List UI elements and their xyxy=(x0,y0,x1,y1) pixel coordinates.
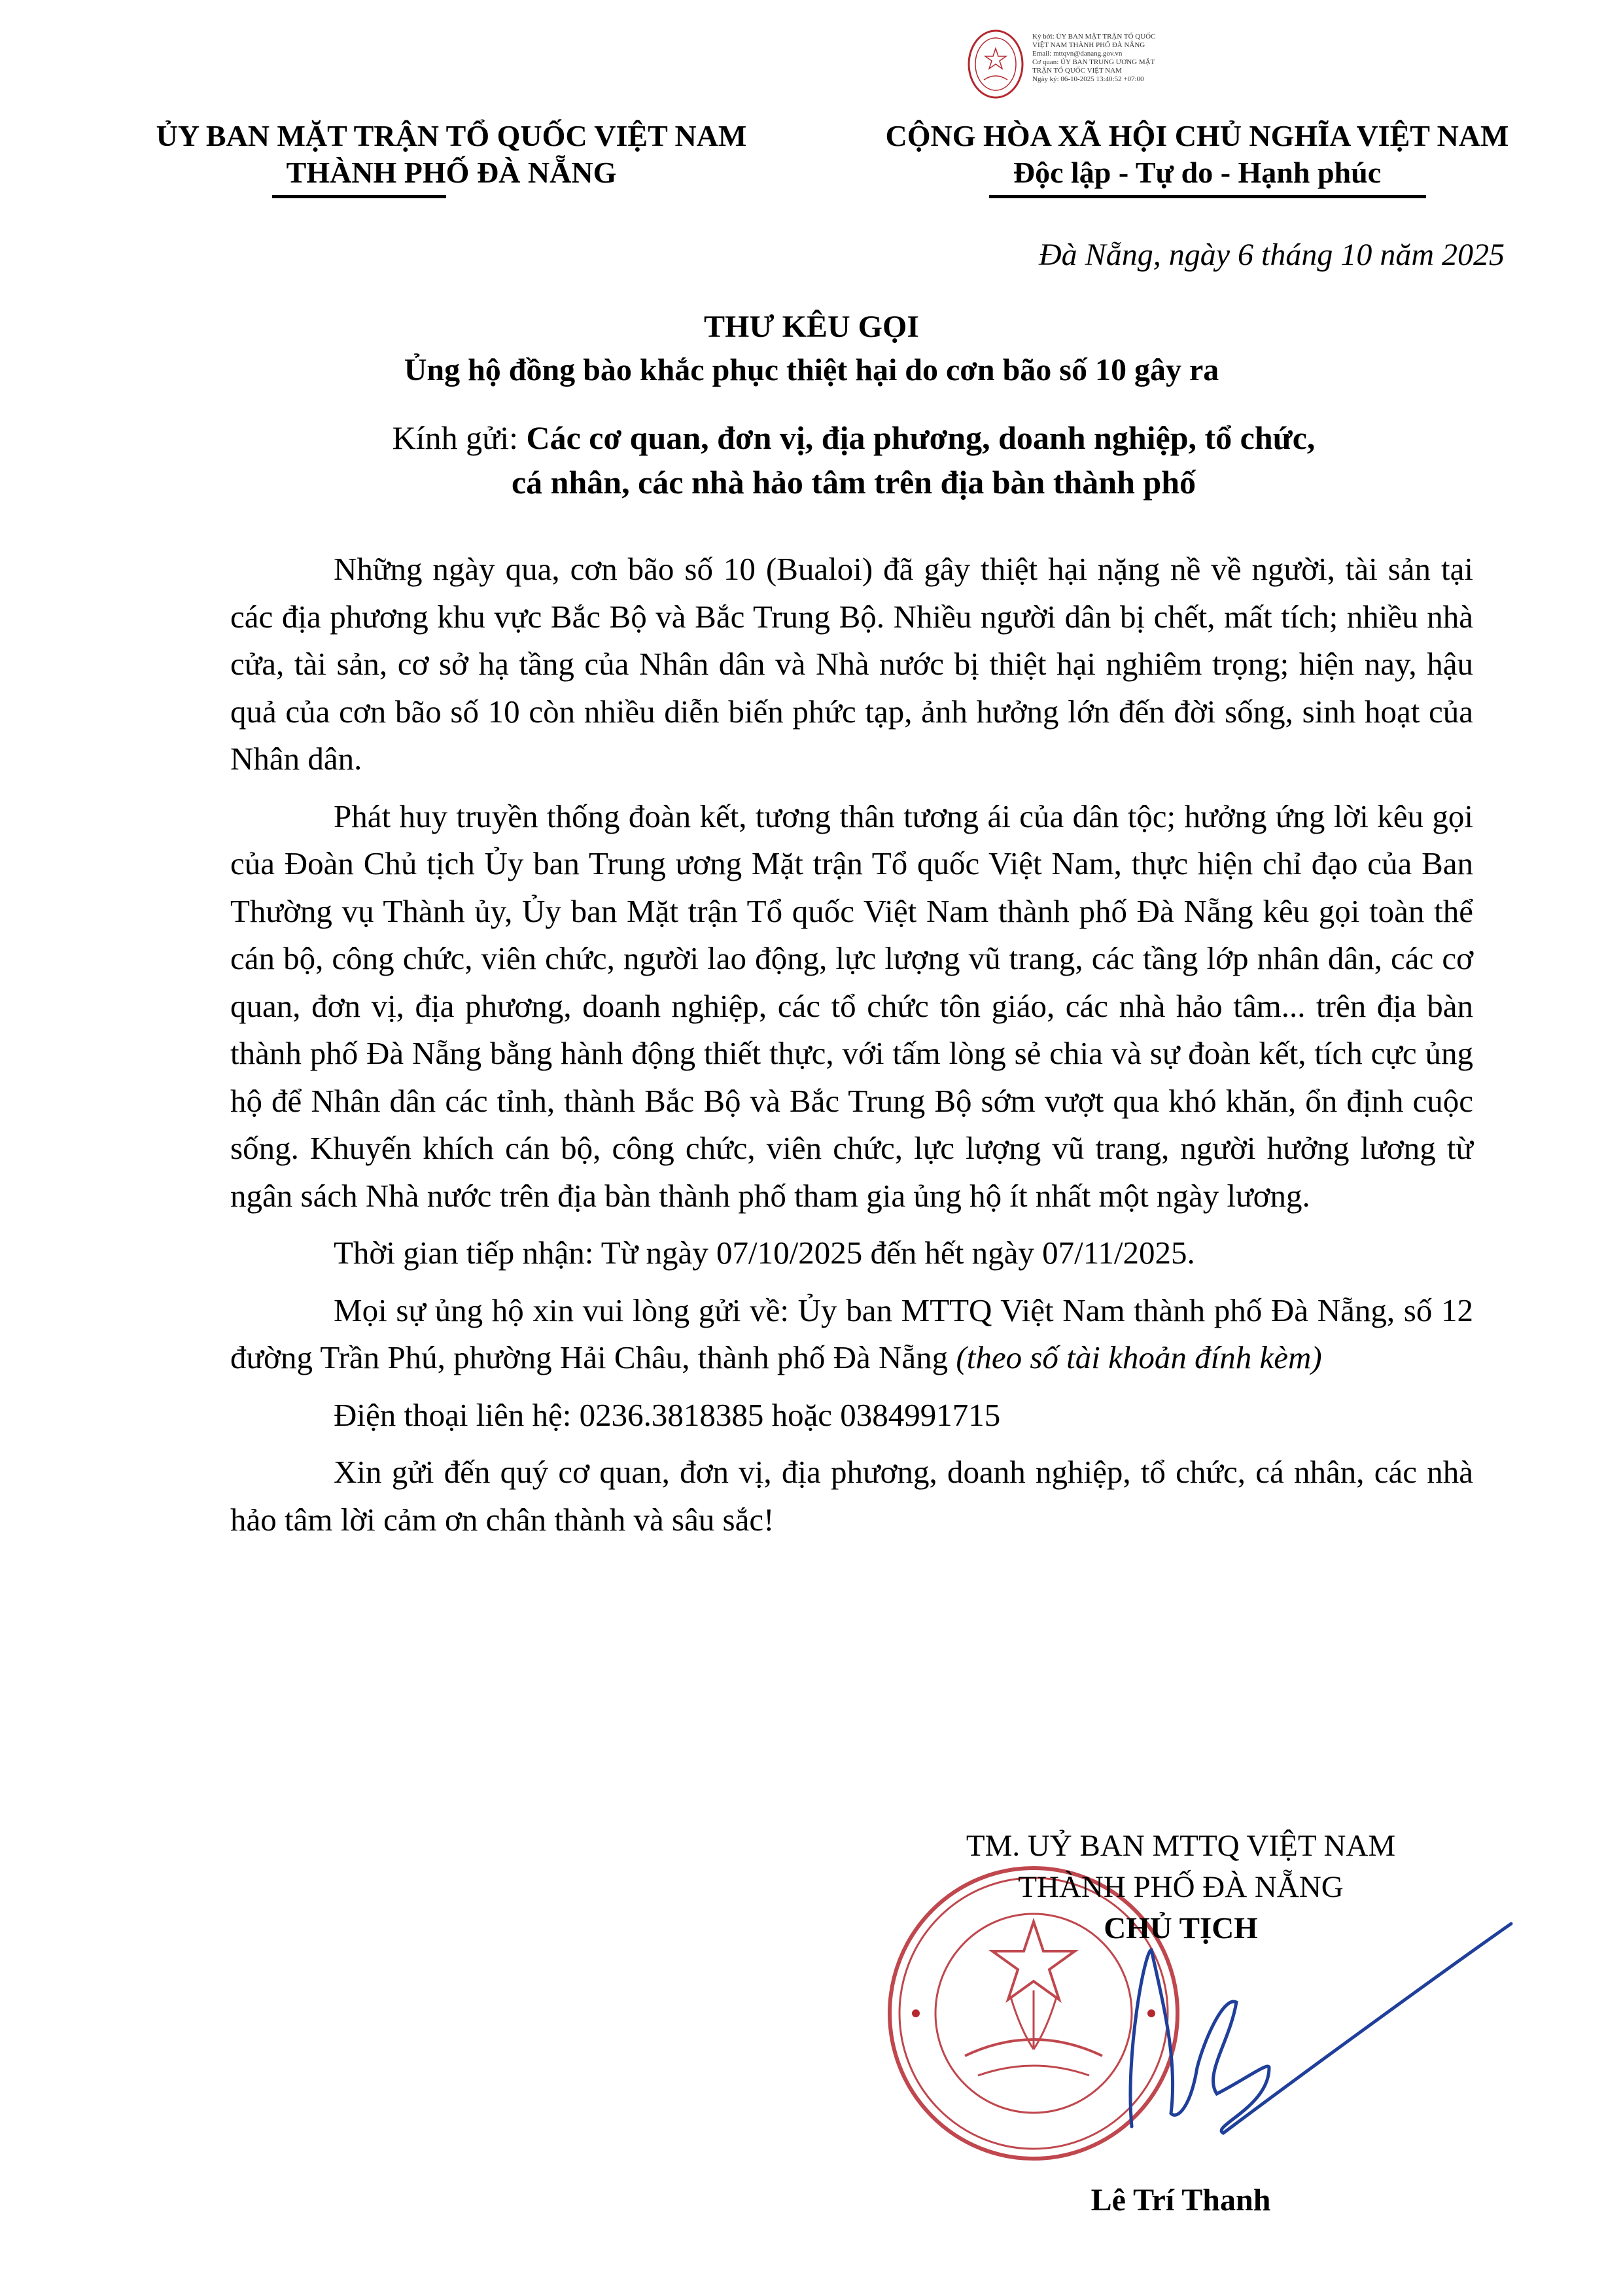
recipient: Kính gửi: Các cơ quan, đơn vị, địa phươn… xyxy=(216,415,1492,504)
header-left-underline xyxy=(272,195,446,198)
digital-signature-text: Ký bởi: ỦY BAN MẶT TRẬN TỔ QUỐC VIỆT NAM… xyxy=(1032,33,1170,84)
document-title: THƯ KÊU GỌI xyxy=(0,309,1623,345)
letter-body: Những ngày qua, cơn bão số 10 (Bualoi) đ… xyxy=(230,546,1473,1553)
recipient-label: Kính gửi: xyxy=(393,419,518,456)
sign-on-behalf: TM. UỶ BAN MTTQ VIỆT NAM xyxy=(877,1826,1485,1867)
recipient-value-1: Các cơ quan, đơn vị, địa phương, doanh n… xyxy=(527,419,1316,456)
paragraph-period: Thời gian tiếp nhận: Từ ngày 07/10/2025 … xyxy=(230,1229,1473,1277)
signature-block: TM. UỶ BAN MTTQ VIỆT NAM THÀNH PHỐ ĐÀ NẴ… xyxy=(877,1826,1485,1949)
sign-city: THÀNH PHỐ ĐÀ NẴNG xyxy=(877,1867,1485,1908)
red-seal-icon xyxy=(967,29,1024,99)
national-motto-header: CỘNG HÒA XÃ HỘI CHỦ NGHĨA VIỆT NAM Độc l… xyxy=(824,118,1570,191)
agency-city: THÀNH PHỐ ĐÀ NẴNG xyxy=(92,154,811,191)
header-right-underline xyxy=(989,195,1426,198)
recipient-value-2: cá nhân, các nhà hảo tâm trên địa bàn th… xyxy=(512,464,1196,501)
paragraph-phone: Điện thoại liên hệ: 0236.3818385 hoặc 03… xyxy=(230,1392,1473,1439)
national-motto: Độc lập - Tự do - Hạnh phúc xyxy=(824,154,1570,191)
paragraph-situation: Những ngày qua, cơn bão số 10 (Bualoi) đ… xyxy=(230,546,1473,783)
country-name: CỘNG HÒA XÃ HỘI CHỦ NGHĨA VIỆT NAM xyxy=(824,118,1570,154)
issuing-agency-header: ỦY BAN MẶT TRẬN TỔ QUỐC VIỆT NAM THÀNH P… xyxy=(92,118,811,191)
account-note: (theo số tài khoản đính kèm) xyxy=(956,1339,1321,1375)
handwritten-signature-icon xyxy=(1106,1911,1603,2185)
paragraph-thanks: Xin gửi đến quý cơ quan, đơn vị, địa phư… xyxy=(230,1449,1473,1544)
paragraph-appeal: Phát huy truyền thống đoàn kết, tương th… xyxy=(230,793,1473,1220)
signer-position: CHỦ TỊCH xyxy=(877,1908,1485,1949)
document-subtitle: Ủng hộ đồng bào khắc phục thiệt hại do c… xyxy=(0,352,1623,388)
agency-name: ỦY BAN MẶT TRẬN TỔ QUỐC VIỆT NAM xyxy=(92,118,811,154)
date-line: Đà Nẵng, ngày 6 tháng 10 năm 2025 xyxy=(903,237,1505,273)
paragraph-address: Mọi sự ủng hộ xin vui lòng gửi về: Ủy ba… xyxy=(230,1287,1473,1382)
signer-name: Lê Trí Thanh xyxy=(877,2182,1485,2218)
